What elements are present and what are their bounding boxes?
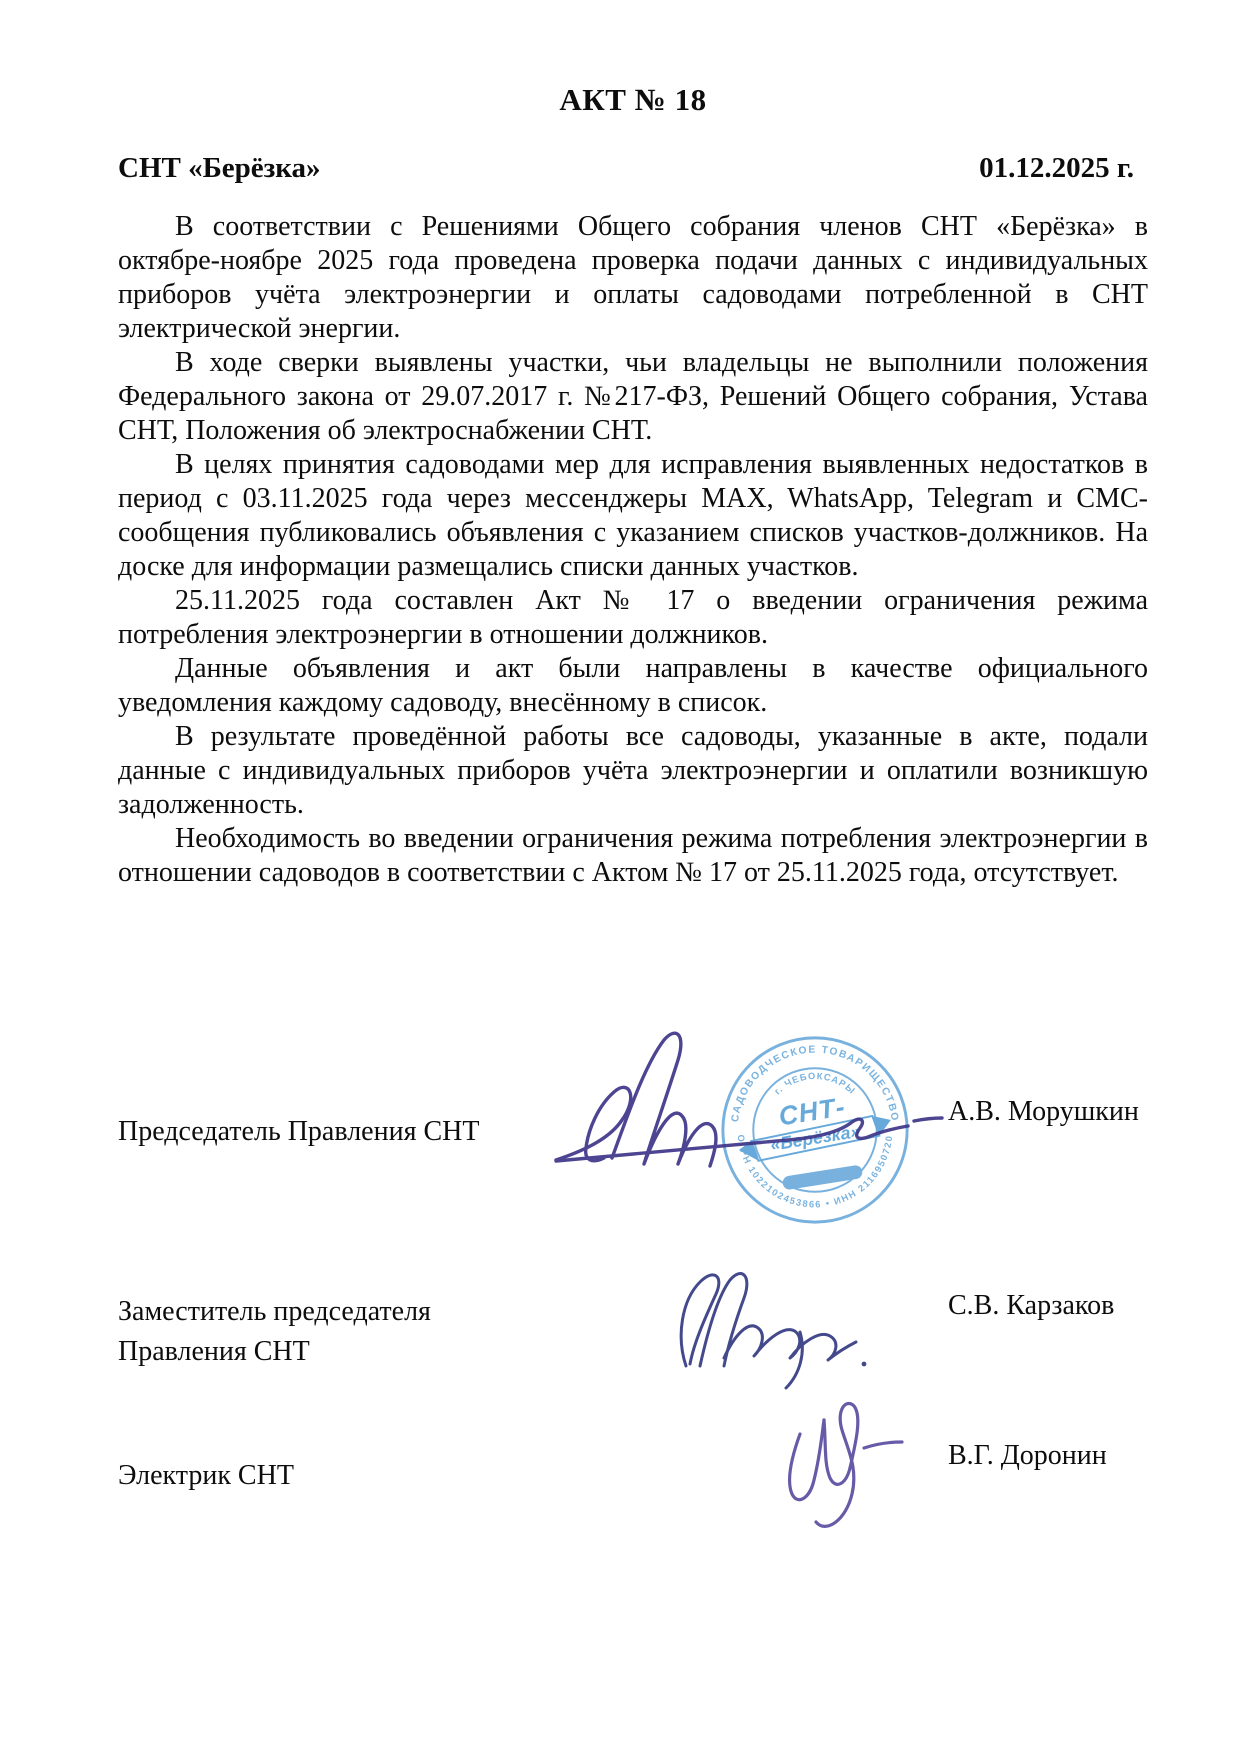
paragraph: 25.11.2025 года составлен Акт № 17 о вве… [118,584,1148,652]
paragraph: В соответствии с Решениями Общего собран… [118,210,1148,346]
document-page: АКТ № 18 СНТ «Берёзка» 01.12.2025 г. В с… [0,0,1240,1754]
handwritten-signature-electrician [790,1403,902,1526]
stamp-solid-bar [782,1164,864,1190]
paragraph: В целях принятия садоводами мер для испр… [118,448,1148,584]
electrician-role-label: Электрик СНТ [118,1456,294,1496]
document-body: В соответствии с Решениями Общего собран… [118,210,1148,890]
deputy-signer-name: С.В. Карзаков [948,1290,1114,1322]
chairman-role-label: Председатель Правления СНТ [118,1112,479,1152]
paragraph: Необходимость во введении ограничения ре… [118,822,1148,890]
stamp-inner-arc-text: г. ЧЕБОКСАРЫ [772,1071,857,1097]
deputy-role-line1: Заместитель председателя [118,1292,431,1332]
org-name: СНТ «Берёзка» [118,152,321,185]
paragraph: В результате проведённой работы все садо… [118,720,1148,822]
paragraph: Данные объявления и акт были направлены … [118,652,1148,720]
round-seal-stamp-graphic: САДОВОДЧЕСКОЕ ТОВАРИЩЕСТВО ОГРН 10221024… [717,1032,913,1228]
deputy-role-label: Заместитель председателя Правления СНТ [118,1292,431,1372]
electrician-signer-name: В.Г. Доронин [948,1440,1107,1472]
paragraph: В ходе сверки выявлены участки, чьи влад… [118,346,1148,448]
chairman-signer-name: А.В. Морушкин [948,1096,1139,1128]
deputy-role-line2: Правления СНТ [118,1332,431,1372]
handwritten-signature-deputy [681,1274,866,1388]
document-title: АКТ № 18 [118,82,1148,118]
document-header-row: СНТ «Берёзка» 01.12.2025 г. [118,152,1148,185]
document-date: 01.12.2025 г. [979,152,1148,185]
round-seal-stamp: САДОВОДЧЕСКОЕ ТОВАРИЩЕСТВО ОГРН 10221024… [717,1032,913,1228]
